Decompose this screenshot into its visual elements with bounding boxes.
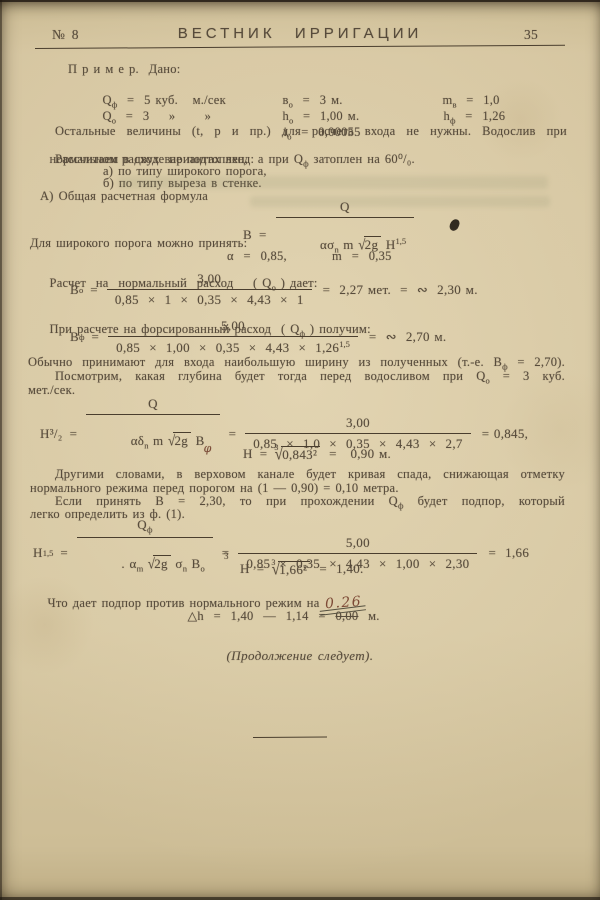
fraction: Q αδn m √2g Bφ [86, 396, 219, 471]
coefficient-alpha: α = 0,85, [227, 249, 287, 263]
end-divider [253, 736, 327, 738]
formula-b-forced: Bф = 5,00 0,85 × 1,00 × 0,35 × 4,43 × 1,… [70, 318, 446, 356]
coefficient-m: m = 0,35 [332, 249, 392, 263]
section-heading: А) Общая расчетная формула [40, 189, 208, 203]
ink-blot [448, 218, 460, 232]
handwritten-subscript: φ [204, 442, 212, 455]
journal-issue-number: № 8 [52, 28, 80, 42]
scan-edge-left [0, 0, 2, 900]
formula-h-root2: H = 3√1,66² = 1,40. [240, 558, 364, 579]
radical-sign: √ [148, 555, 155, 573]
body-line: Для широкого порога можно принять: [30, 236, 247, 250]
journal-title: ВЕСТНИК ИРРИГАЦИИ [170, 27, 430, 41]
header-rule [35, 45, 565, 49]
bleed-through-smudge [118, 176, 548, 189]
body-line: Другими словами, в верховом канале будет… [55, 467, 565, 481]
body-line: мет./сек. [28, 383, 75, 397]
formula-delta-h: △h = 1,40 — 1,14 = 0,00 м. [168, 595, 380, 637]
fraction: Qф . αm √2g σn Bо [77, 517, 213, 589]
stray-mark: 3 [224, 549, 229, 563]
formula-b-normal: Bо = 3,00 0,85 × 1 × 0,35 × 4,43 × 1 = 2… [70, 271, 478, 308]
body-line: Посмотрим, какая глубина будет тогда пер… [55, 369, 565, 388]
scanned-journal-page: № 8 ВЕСТНИК ИРРИГАЦИИ 35 П р и м е р. Да… [0, 0, 600, 900]
radical-sign: √ [272, 561, 281, 580]
fraction: 5,00 0,85 × 1,00 × 0,35 × 4,43 × 1,261,5 [108, 318, 358, 356]
body-line: Остальные величины (t, p и пр.) для расч… [55, 124, 567, 138]
continuation-note: (Продолжение следует). [150, 649, 450, 663]
example-heading: П р и м е р. Дано: [68, 62, 180, 76]
radical-sign: √ [275, 446, 284, 465]
fraction: 3,00 0,85 × 1 × 0,35 × 4,43 × 1 [107, 271, 312, 308]
radical-sign: √ [168, 432, 175, 450]
body-line: нормального режима перед порогом на (1 —… [30, 481, 399, 495]
formula-h-root1: H = 3√0,843² = 0,90 м. [243, 443, 391, 464]
page-number: 35 [524, 28, 538, 42]
scan-edge-top [0, 0, 600, 2]
